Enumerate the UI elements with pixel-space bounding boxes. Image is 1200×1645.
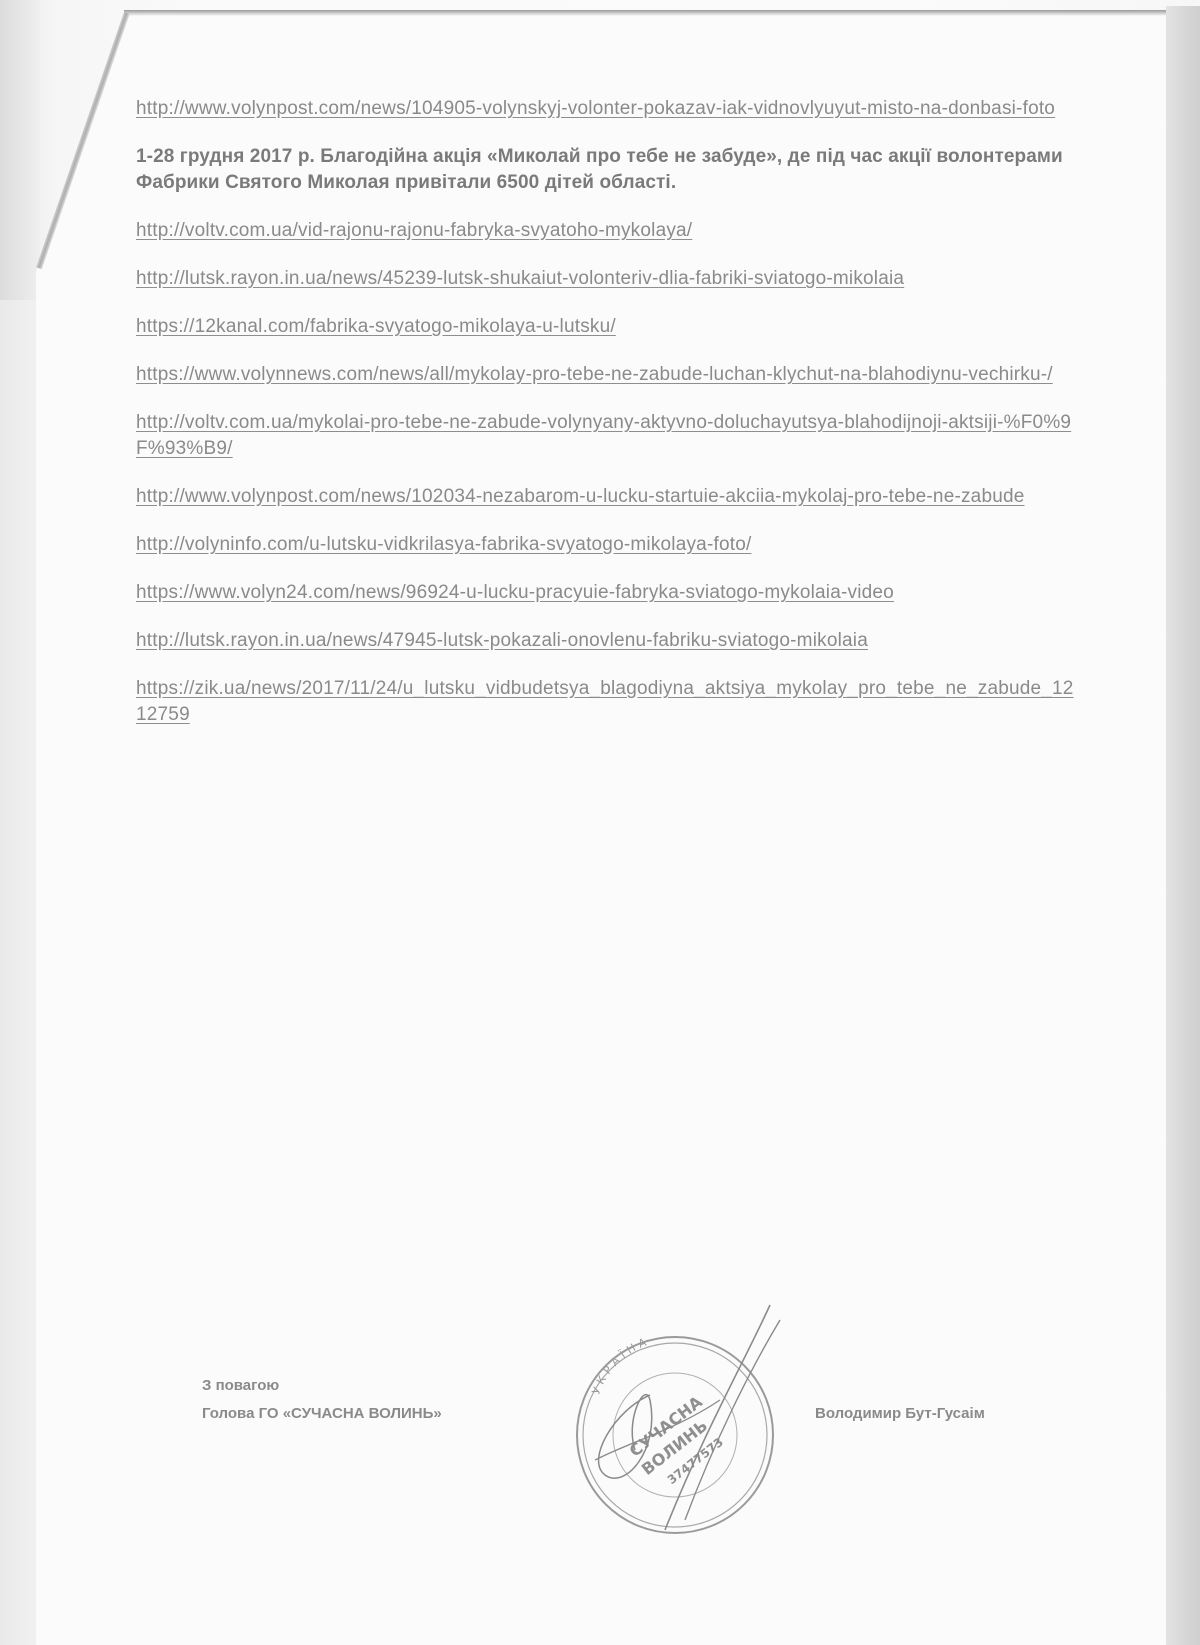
links-list: http://voltv.com.ua/vid-rajonu-rajonu-fa… [136,218,1076,728]
paper-top-edge [124,10,1174,16]
source-link[interactable]: https://www.volynnews.com/news/all/mykol… [136,364,1053,385]
signature-block: З повагою Голова ГО «СУЧАСНА ВОЛИНЬ» УКР… [0,1200,1200,1560]
source-link[interactable]: https://www.volyn24.com/news/96924-u-luc… [136,582,894,603]
source-link[interactable]: http://lutsk.rayon.in.ua/news/45239-luts… [136,268,904,289]
event-paragraph: 1-28 грудня 2017 р. Благодійна акція «Ми… [136,144,1076,196]
signer-name: Володимир Бут-Гусаім [815,1405,985,1422]
closing-regards: З повагою [202,1372,442,1400]
source-link[interactable]: http://www.volynpost.com/news/104905-vol… [136,98,1055,119]
document-body: http://www.volynpost.com/news/104905-vol… [136,96,1076,750]
source-link[interactable]: http://voltv.com.ua/vid-rajonu-rajonu-fa… [136,220,692,241]
source-link[interactable]: http://volyninfo.com/u-lutsku-vidkrilasy… [136,534,751,555]
scanned-page: http://www.volynpost.com/news/104905-vol… [0,0,1200,1645]
source-link[interactable]: http://voltv.com.ua/mykolai-pro-tebe-ne-… [136,412,1071,459]
source-link[interactable]: https://12kanal.com/fabrika-svyatogo-mik… [136,316,616,337]
closing: З повагою Голова ГО «СУЧАСНА ВОЛИНЬ» [202,1372,442,1428]
source-link[interactable]: https://zik.ua/news/2017/11/24/u_lutsku_… [136,678,1074,725]
signer-position: Голова ГО «СУЧАСНА ВОЛИНЬ» [202,1400,442,1428]
source-link[interactable]: http://lutsk.rayon.in.ua/news/47945-luts… [136,630,868,651]
official-stamp-icon: УКРАЇНА СУЧАСНА ВОЛИНЬ 37477573 [555,1300,795,1540]
link-block: http://www.volynpost.com/news/104905-vol… [136,96,1076,122]
scan-left-shadow [0,0,40,300]
svg-text:УКРАЇНА: УКРАЇНА [589,1334,651,1396]
source-link[interactable]: http://www.volynpost.com/news/102034-nez… [136,486,1025,507]
